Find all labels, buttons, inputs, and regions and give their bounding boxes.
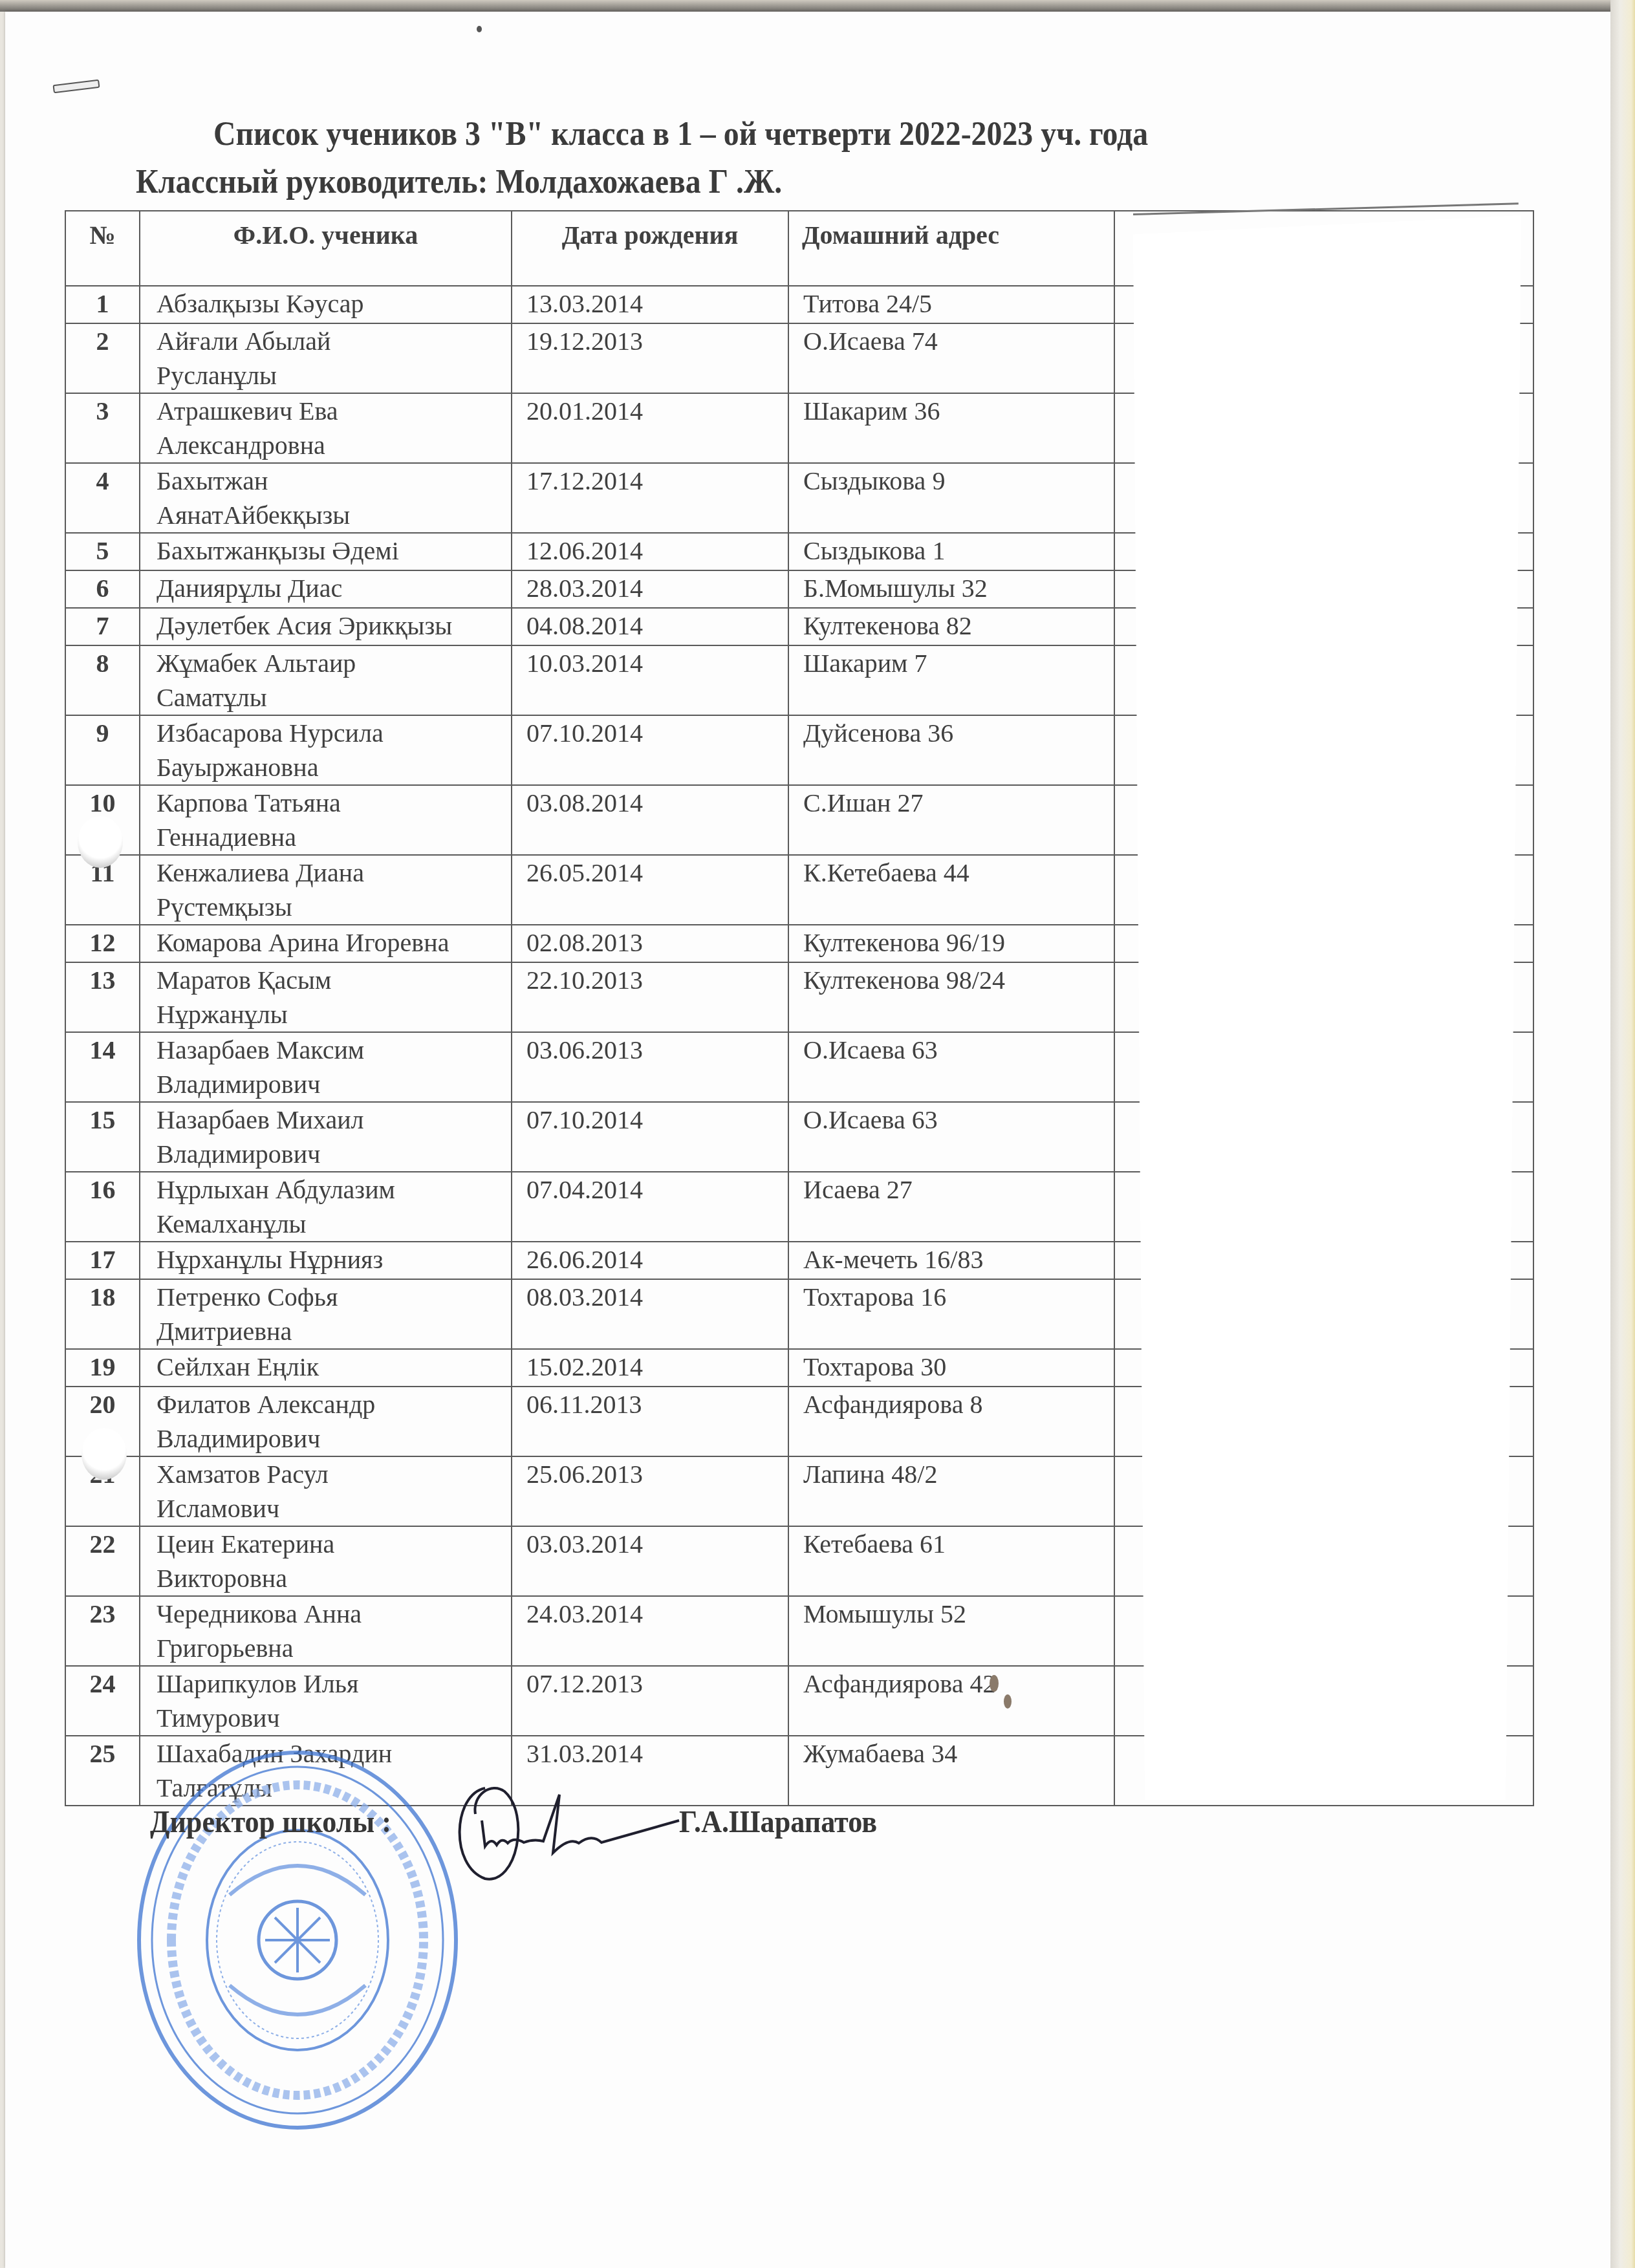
student-name-line: Петренко Софья bbox=[157, 1280, 511, 1314]
date-of-birth: 25.06.2013 bbox=[512, 1456, 788, 1526]
date-of-birth: 19.12.2013 bbox=[512, 323, 788, 393]
row-number: 14 bbox=[65, 1032, 140, 1102]
date-of-birth: 06.11.2013 bbox=[512, 1387, 788, 1456]
student-name-line: Хамзатов Расул bbox=[157, 1457, 511, 1491]
student-name-line: Абзалқызы Кәусар bbox=[157, 286, 511, 321]
student-name: Петренко СофьяДмитриевна bbox=[140, 1279, 512, 1349]
row-number: 17 bbox=[65, 1242, 140, 1279]
student-name-line: Русланұлы bbox=[157, 358, 511, 393]
student-name-line: Назарбаев Максим bbox=[157, 1033, 511, 1067]
row-number: 5 bbox=[65, 533, 140, 570]
student-name: Сейлхан Еңлік bbox=[140, 1349, 512, 1387]
student-name-line: Нұрлыхан Абдулазим bbox=[157, 1172, 511, 1207]
student-name: Избасарова НурсилаБауыржановна bbox=[140, 715, 512, 785]
student-name: Чередникова АннаГригорьевна bbox=[140, 1596, 512, 1666]
date-of-birth: 17.12.2014 bbox=[512, 463, 788, 533]
date-of-birth: 03.08.2014 bbox=[512, 785, 788, 855]
student-name-line: Кенжалиева Диана bbox=[157, 856, 511, 890]
home-address: К.Кетебаева 44 bbox=[788, 855, 1114, 925]
student-name: Жұмабек АльтаирСаматұлы bbox=[140, 645, 512, 715]
home-address: Кетебаева 61 bbox=[788, 1526, 1114, 1596]
home-address: О.Исаева 63 bbox=[788, 1032, 1114, 1102]
date-of-birth: 08.03.2014 bbox=[512, 1279, 788, 1349]
row-number: 15 bbox=[65, 1102, 140, 1172]
student-name-line: Бауыржановна bbox=[157, 750, 511, 784]
row-number: 19 bbox=[65, 1349, 140, 1387]
date-of-birth: 24.03.2014 bbox=[512, 1596, 788, 1666]
student-name: Назарбаев МаксимВладимирович bbox=[140, 1032, 512, 1102]
student-name-line: Саматұлы bbox=[157, 680, 511, 715]
row-number: 25 bbox=[65, 1736, 140, 1806]
student-name-line: АянатАйбекқызы bbox=[157, 498, 511, 532]
row-number: 13 bbox=[65, 962, 140, 1032]
row-number: 1 bbox=[65, 286, 140, 323]
student-name-line: Карпова Татьяна bbox=[157, 786, 511, 820]
punch-hole-mark bbox=[78, 816, 123, 868]
date-of-birth: 26.06.2014 bbox=[512, 1242, 788, 1279]
student-name-line: Избасарова Нурсила bbox=[157, 716, 511, 750]
home-address: Шакарим 7 bbox=[788, 645, 1114, 715]
student-name-line: Геннадиевна bbox=[157, 820, 511, 854]
punch-hole-mark bbox=[81, 1428, 127, 1480]
home-address: Лапина 48/2 bbox=[788, 1456, 1114, 1526]
date-of-birth: 13.03.2014 bbox=[512, 286, 788, 323]
row-number: 22 bbox=[65, 1526, 140, 1596]
home-address: О.Исаева 63 bbox=[788, 1102, 1114, 1172]
student-name: Даниярұлы Диас bbox=[140, 570, 512, 608]
dust-speck bbox=[477, 26, 482, 32]
date-of-birth: 03.03.2014 bbox=[512, 1526, 788, 1596]
student-name: Айғали АбылайРусланұлы bbox=[140, 323, 512, 393]
date-of-birth: 04.08.2014 bbox=[512, 608, 788, 645]
home-address: Титова 24/5 bbox=[788, 286, 1114, 323]
student-name-line: Атрашкевич Ева bbox=[157, 394, 511, 428]
student-name: Маратов ҚасымНұржанұлы bbox=[140, 962, 512, 1032]
student-name-line: Бахытжанқызы Әдемі bbox=[157, 534, 511, 568]
row-number: 7 bbox=[65, 608, 140, 645]
date-of-birth: 28.03.2014 bbox=[512, 570, 788, 608]
date-of-birth: 15.02.2014 bbox=[512, 1349, 788, 1387]
home-address: Асфандиярова 42 bbox=[788, 1666, 1114, 1736]
row-number: 3 bbox=[65, 393, 140, 463]
home-address: Исаева 27 bbox=[788, 1172, 1114, 1242]
row-number: 24 bbox=[65, 1666, 140, 1736]
paper-overlay-covering-column bbox=[1133, 215, 1521, 1800]
header-number: № bbox=[65, 211, 140, 286]
home-address: Култекенова 82 bbox=[788, 608, 1114, 645]
student-name-line: Комарова Арина Игоревна bbox=[157, 925, 511, 960]
student-name-line: Филатов Александр bbox=[157, 1387, 511, 1421]
student-name-line: Чередникова Анна bbox=[157, 1597, 511, 1631]
student-name-line: Исламович bbox=[157, 1491, 511, 1526]
home-address: Култекенова 96/19 bbox=[788, 925, 1114, 962]
home-address: Асфандиярова 8 bbox=[788, 1387, 1114, 1456]
row-number: 2 bbox=[65, 323, 140, 393]
dust-speck bbox=[1004, 1694, 1012, 1709]
student-name: Кенжалиева ДианаРүстемқызы bbox=[140, 855, 512, 925]
student-name-line: Владимирович bbox=[157, 1421, 511, 1456]
home-address: Момышулы 52 bbox=[788, 1596, 1114, 1666]
student-name: Атрашкевич ЕваАлександровна bbox=[140, 393, 512, 463]
date-of-birth: 07.10.2014 bbox=[512, 1102, 788, 1172]
class-teacher-line: Классный руководитель: Молдахожаева Г .Ж… bbox=[136, 163, 782, 201]
date-of-birth: 03.06.2013 bbox=[512, 1032, 788, 1102]
student-name-line: Жұмабек Альтаир bbox=[157, 646, 511, 680]
director-signature-icon bbox=[446, 1775, 705, 1885]
home-address: О.Исаева 74 bbox=[788, 323, 1114, 393]
student-name-line: Владимирович bbox=[157, 1137, 511, 1171]
student-name-line: Назарбаев Михаил bbox=[157, 1103, 511, 1137]
date-of-birth: 10.03.2014 bbox=[512, 645, 788, 715]
header-name: Ф.И.О. ученика bbox=[140, 211, 512, 286]
date-of-birth: 22.10.2013 bbox=[512, 962, 788, 1032]
student-name: Нұрханұлы Нұрнияз bbox=[140, 1242, 512, 1279]
home-address: С.Ишан 27 bbox=[788, 785, 1114, 855]
row-number: 9 bbox=[65, 715, 140, 785]
date-of-birth: 12.06.2014 bbox=[512, 533, 788, 570]
student-name-line: Григорьевна bbox=[157, 1631, 511, 1665]
scanner-edge bbox=[0, 0, 1635, 12]
student-name-line: Маратов Қасым bbox=[157, 963, 511, 997]
student-name-line: Тимурович bbox=[157, 1701, 511, 1735]
student-name-line: Айғали Абылай bbox=[157, 324, 511, 358]
student-name-line: Дәулетбек Асия Эрикқызы bbox=[157, 609, 511, 643]
home-address: Жумабаева 34 bbox=[788, 1736, 1114, 1806]
student-name: Нұрлыхан АбдулазимКемалханұлы bbox=[140, 1172, 512, 1242]
header-address: Домашний адрес bbox=[788, 211, 1114, 286]
row-number: 12 bbox=[65, 925, 140, 962]
student-name-line: Рүстемқызы bbox=[157, 890, 511, 924]
home-address: Сыздыкова 9 bbox=[788, 463, 1114, 533]
student-name-line: Цеин Екатерина bbox=[157, 1527, 511, 1561]
date-of-birth: 07.12.2013 bbox=[512, 1666, 788, 1736]
student-name-line: Александровна bbox=[157, 428, 511, 462]
row-number: 6 bbox=[65, 570, 140, 608]
home-address: Тохтарова 30 bbox=[788, 1349, 1114, 1387]
date-of-birth: 07.04.2014 bbox=[512, 1172, 788, 1242]
student-name-line: Бахытжан bbox=[157, 464, 511, 498]
director-label: Директор школы : bbox=[150, 1804, 391, 1840]
student-name-line: Кемалханұлы bbox=[157, 1207, 511, 1241]
student-name-line: Нұрханұлы Нұрнияз bbox=[157, 1242, 511, 1277]
student-name-line: Дмитриевна bbox=[157, 1314, 511, 1348]
document-title: Список учеников 3 "В" класса в 1 – ой че… bbox=[213, 115, 1148, 153]
student-name: Шарипкулов ИльяТимурович bbox=[140, 1666, 512, 1736]
home-address: Сыздыкова 1 bbox=[788, 533, 1114, 570]
student-name: Бахытжанқызы Әдемі bbox=[140, 533, 512, 570]
student-name-line: Шарипкулов Илья bbox=[157, 1667, 511, 1701]
scan-margin-strip bbox=[1610, 0, 1635, 2268]
home-address: Тохтарова 16 bbox=[788, 1279, 1114, 1349]
student-name: Абзалқызы Кәусар bbox=[140, 286, 512, 323]
home-address: Култекенова 98/24 bbox=[788, 962, 1114, 1032]
dust-speck bbox=[990, 1675, 999, 1692]
row-number: 4 bbox=[65, 463, 140, 533]
date-of-birth: 26.05.2014 bbox=[512, 855, 788, 925]
student-name: Цеин ЕкатеринаВикторовна bbox=[140, 1526, 512, 1596]
row-number: 16 bbox=[65, 1172, 140, 1242]
row-number: 18 bbox=[65, 1279, 140, 1349]
home-address: Шакарим 36 bbox=[788, 393, 1114, 463]
home-address: Дуйсенова 36 bbox=[788, 715, 1114, 785]
student-name: Комарова Арина Игоревна bbox=[140, 925, 512, 962]
student-name-line: Владимирович bbox=[157, 1067, 511, 1101]
student-name-line: Нұржанұлы bbox=[157, 997, 511, 1031]
student-name: Хамзатов РасулИсламович bbox=[140, 1456, 512, 1526]
date-of-birth: 07.10.2014 bbox=[512, 715, 788, 785]
home-address: Б.Момышулы 32 bbox=[788, 570, 1114, 608]
director-name: Г.А.Шарапатов bbox=[679, 1804, 877, 1840]
student-name: БахытжанАянатАйбекқызы bbox=[140, 463, 512, 533]
student-name: Назарбаев МихаилВладимирович bbox=[140, 1102, 512, 1172]
student-name-line: Викторовна bbox=[157, 1561, 511, 1595]
student-name: Филатов АлександрВладимирович bbox=[140, 1387, 512, 1456]
date-of-birth: 20.01.2014 bbox=[512, 393, 788, 463]
student-name-line: Даниярұлы Диас bbox=[157, 571, 511, 605]
row-number: 23 bbox=[65, 1596, 140, 1666]
student-name: Карпова ТатьянаГеннадиевна bbox=[140, 785, 512, 855]
header-dob: Дата рождения bbox=[512, 211, 788, 286]
date-of-birth: 02.08.2013 bbox=[512, 925, 788, 962]
home-address: Ак-мечеть 16/83 bbox=[788, 1242, 1114, 1279]
student-name: Дәулетбек Асия Эрикқызы bbox=[140, 608, 512, 645]
row-number: 8 bbox=[65, 645, 140, 715]
student-name-line: Сейлхан Еңлік bbox=[157, 1350, 511, 1384]
